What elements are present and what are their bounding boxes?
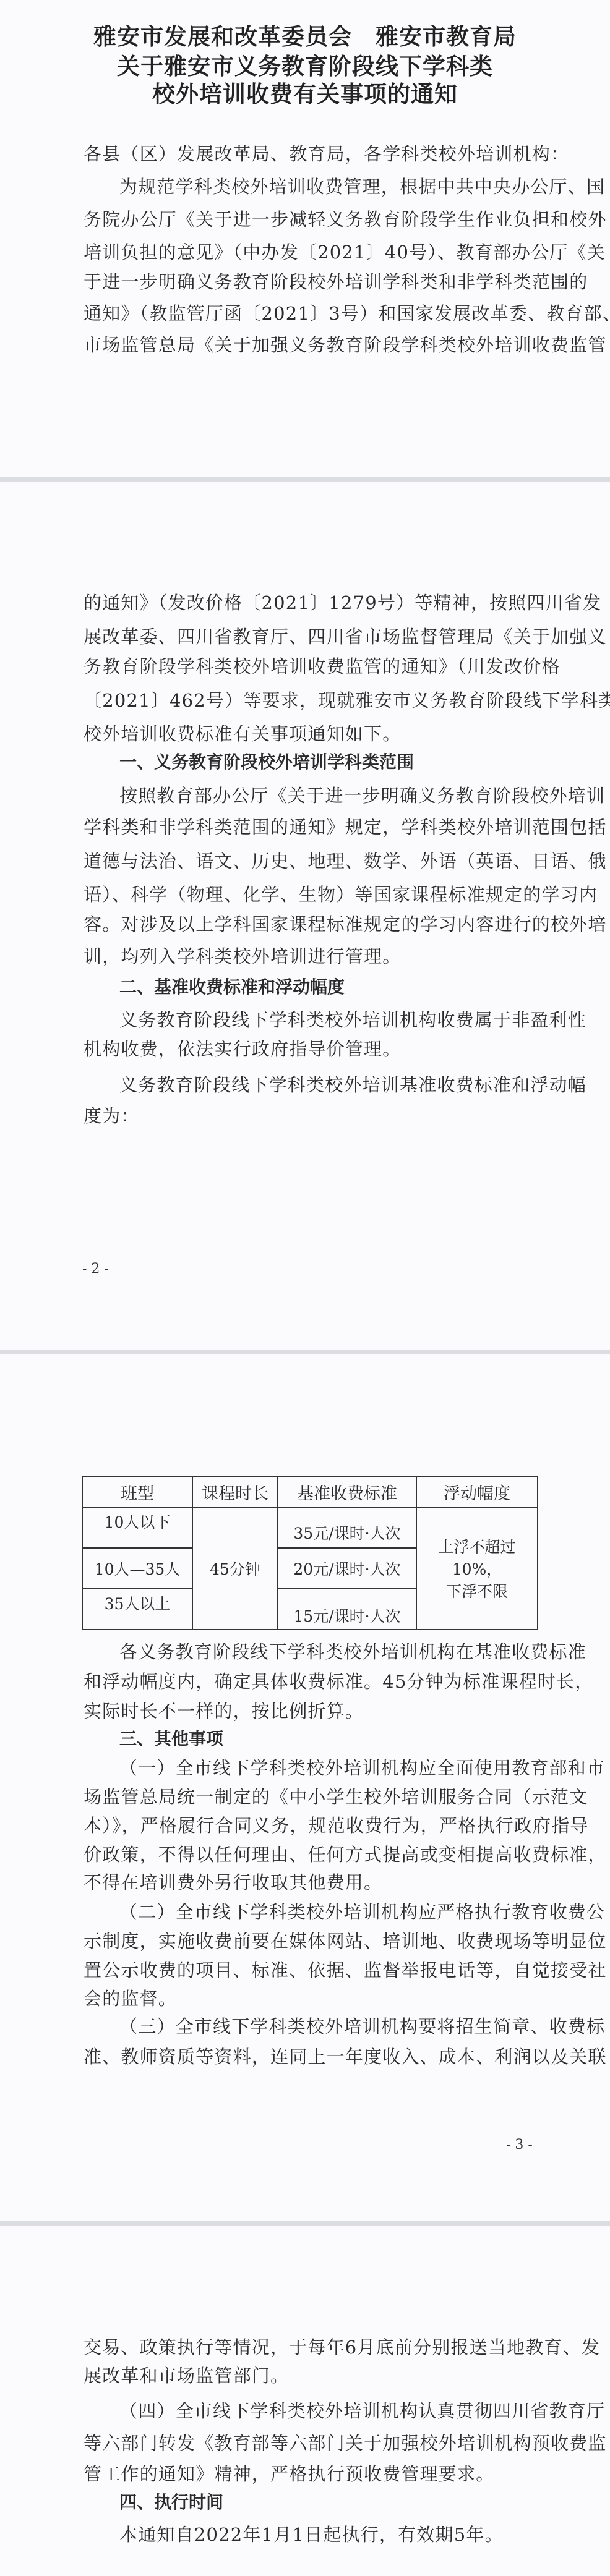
body-line: 义务教育阶段线下学科类校外培训机构收费属于非盈利性 <box>119 1009 541 1031</box>
body-line: 〔2021〕462号）等要求，现就雅安市义务教育阶段线下学科类 <box>84 689 541 712</box>
body-line: 道德与法治、语文、历史、地理、数学、外语（英语、日语、俄 <box>84 850 541 872</box>
body-line: 务院办公厅《关于进一步减轻义务教育阶段学生作业负担和校外 <box>84 208 541 231</box>
body-line: 义务教育阶段线下学科类校外培训基准收费标准和浮动幅 <box>119 1074 541 1096</box>
body-line: 等六部门转发《教育部等六部门关于加强校外培训机构预收费监 <box>84 2432 541 2454</box>
body-line: 机构收费，依法实行政府指导价管理。 <box>84 1038 541 1060</box>
float-range-line-2: 下浮不限 <box>417 1579 537 1602</box>
body-line: 展改革和市场监管部门。 <box>84 2365 541 2387</box>
body-line: 学科类和非学科类范围的通知》规定，学科类校外培训范围包括 <box>84 816 541 838</box>
page-separator <box>0 1350 610 1354</box>
body-line: （四）全市线下学科类校外培训机构认真贯彻四川省教育厅 <box>119 2400 541 2422</box>
duration-cell: 45分钟 <box>192 1507 278 1630</box>
fee-standard-table: 班型 课程时长 基准收费标准 浮动幅度 10人以下 45分钟 35元/课时·人次… <box>82 1476 538 1630</box>
salutation: 各县（区）发展改革局、教育局，各学科类校外培训机构： <box>84 143 541 165</box>
body-line: （三）全市线下学科类校外培训机构要将招生简章、收费标 <box>119 2015 541 2038</box>
body-line: 务教育阶段学科类校外培训收费监管的通知》（川发改价格 <box>84 655 541 678</box>
float-range-line-1: 上浮不超过10%， <box>417 1535 537 1579</box>
section-heading-1: 一、义务教育阶段校外培训学科类范围 <box>119 751 414 773</box>
body-line: 通知》（教监管厅函〔2021〕3号）和国家发展改革委、教育部、 <box>84 302 541 325</box>
header-float-range: 浮动幅度 <box>416 1476 538 1507</box>
body-line: 市场监管总局《关于加强义务教育阶段学科类校外培训收费监管 <box>84 334 541 356</box>
section-heading-2: 二、基准收费标准和浮动幅度 <box>119 976 345 998</box>
body-line: 展改革委、四川省教育厅、四川省市场监督管理局《关于加强义 <box>84 626 541 648</box>
section-heading-3: 三、其他事项 <box>119 1728 223 1750</box>
header-class-type: 班型 <box>82 1476 192 1507</box>
body-line: 示制度，实施收费前要在媒体网站、培训地、收费现场等明显位 <box>84 1930 541 1952</box>
section-heading-4: 四、执行时间 <box>119 2491 223 2514</box>
page-number: - 3 - <box>506 2137 533 2153</box>
body-line: 的通知》（发改价格〔2021〕1279号）等精神，按照四川省发 <box>84 592 541 614</box>
body-line: 置公示收费的项目、标准、依据、监督举报电话等，自觉接受社 <box>84 1959 541 1981</box>
title-line-2: 关于雅安市义务教育阶段线下学科类 <box>0 53 610 80</box>
body-line: 本通知自2022年1月1日起执行，有效期5年。 <box>119 2523 541 2546</box>
header-fee-standard: 基准收费标准 <box>278 1476 416 1507</box>
body-line: 和浮动幅度内，确定具体收费标准。45分钟为标准课程时长， <box>84 1670 541 1693</box>
body-line: （一）全市线下学科类校外培训机构应全面使用教育部和市 <box>119 1757 541 1779</box>
body-line: 准、教师资质等资料，连同上一年度收入、成本、利润以及关联 <box>84 2046 541 2068</box>
page-number: - 2 - <box>82 1261 109 1277</box>
body-line: 培训负担的意见》（中办发〔2021〕40号）、教育部办公厅《关 <box>84 241 541 263</box>
document-page-2: 的通知》（发改价格〔2021〕1279号）等精神，按照四川省发 展改革委、四川省… <box>0 482 610 1350</box>
document-page-1: 雅安市发展和改革委员会 雅安市教育局 关于雅安市义务教育阶段线下学科类 校外培训… <box>0 0 610 477</box>
class-type-cell: 35人以上 <box>82 1589 192 1630</box>
body-line: 实际时长不一样的，按比例折算。 <box>84 1700 541 1722</box>
body-line: 训，均列入学科类校外培训进行管理。 <box>84 945 541 967</box>
body-line: 本）》，严格履行合同义务，规范收费行为，严格执行政府指导 <box>84 1814 541 1837</box>
body-line: 不得在培训费外另行收取其他费用。 <box>84 1871 541 1894</box>
body-line: 各义务教育阶段线下学科类校外培训机构在基准收费标准 <box>119 1641 541 1663</box>
body-line: （二）全市线下学科类校外培训机构应严格执行教育收费公 <box>119 1901 541 1923</box>
body-line: 校外培训收费标准有关事项通知如下。 <box>84 723 541 745</box>
float-range-cell: 上浮不超过10%， 下浮不限 <box>416 1507 538 1630</box>
body-line: 交易、政策执行等情况，于每年6月底前分别报送当地教育、发 <box>84 2336 541 2358</box>
page-separator <box>0 477 610 482</box>
body-line: 按照教育部办公厅《关于进一步明确义务教育阶段校外培训 <box>119 784 541 807</box>
class-type-cell: 10人—35人 <box>82 1548 192 1589</box>
title-line-1: 雅安市发展和改革委员会 雅安市教育局 <box>0 23 610 51</box>
table-row: 10人以下 45分钟 35元/课时·人次 上浮不超过10%， 下浮不限 <box>82 1507 538 1548</box>
fee-cell: 20元/课时·人次 <box>278 1548 416 1589</box>
title-line-3: 校外培训收费有关事项的通知 <box>0 81 610 108</box>
body-line: 管工作的通知》精神，严格执行预收费管理要求。 <box>84 2463 541 2485</box>
body-line: 语）、科学（物理、化学、生物）等国家课程标准规定的学习内 <box>84 883 541 906</box>
class-type-cell: 10人以下 <box>82 1507 192 1548</box>
body-line: 容。对涉及以上学科国家课程标准规定的学习内容进行的校外培 <box>84 913 541 935</box>
body-line: 价政策，不得以任何理由、任何方式提高或变相提高收费标准， <box>84 1843 541 1866</box>
header-duration: 课程时长 <box>192 1476 278 1507</box>
fee-cell: 35元/课时·人次 <box>278 1507 416 1548</box>
body-line: 为规范学科类校外培训收费管理，根据中共中央办公厅、国 <box>119 176 541 198</box>
fee-cell: 15元/课时·人次 <box>278 1589 416 1630</box>
body-line: 场监管总局统一制定的《中小学生校外培训服务合同（示范文 <box>84 1786 541 1808</box>
body-line: 于进一步明确义务教育阶段校外培训学科类和非学科类范围的 <box>84 271 541 293</box>
body-line: 会的监督。 <box>84 1987 541 2010</box>
page-separator <box>0 2221 610 2226</box>
body-line: 度为： <box>84 1105 541 1127</box>
table-header-row: 班型 课程时长 基准收费标准 浮动幅度 <box>82 1476 538 1507</box>
